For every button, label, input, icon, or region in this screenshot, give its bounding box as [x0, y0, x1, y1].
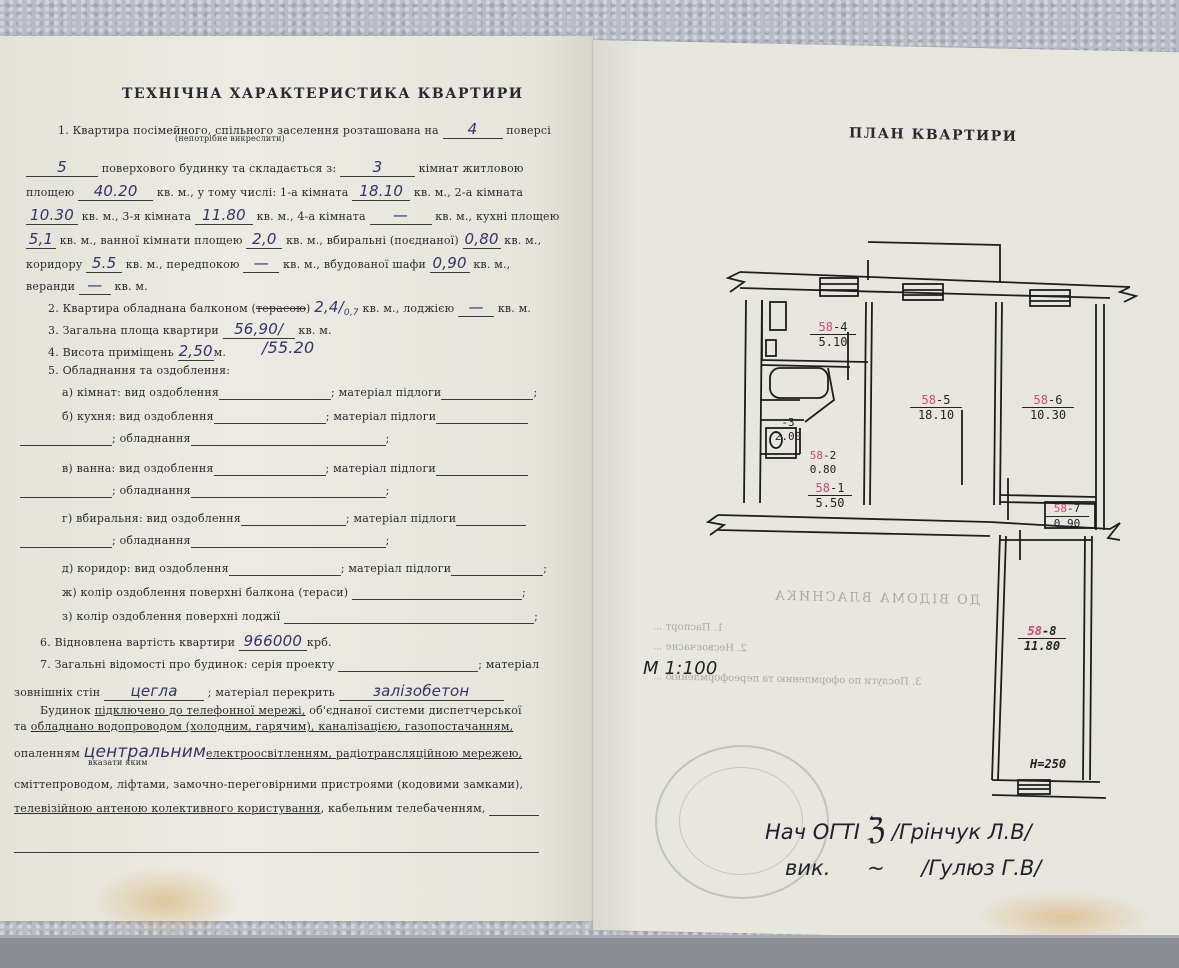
floor-plan: 58-45.10 58-518.10 58-610.30 -32.00 58-2… — [700, 240, 1160, 810]
s5-a: а) кімнат: вид оздоблення ; матеріал під… — [62, 386, 537, 400]
room3-value: 11.80 — [195, 206, 253, 225]
s3-line: 3. Загальна площа квартири 56,90/ кв. м. — [48, 320, 332, 339]
room-58-1: 58-15.50 — [808, 481, 852, 510]
signature-line1: Нач ОГТІ ℨ /Грінчук Л.В/ — [765, 812, 1032, 847]
closet-value: 0,90 — [430, 254, 470, 273]
s1-line1: 1. Квартира посімейного, спільного засел… — [58, 120, 551, 139]
s5-g-equipment: ; обладнання ; — [20, 534, 390, 548]
room-58-5: 58-518.10 — [910, 393, 962, 422]
floor-value: 4 — [443, 120, 503, 139]
s7-line1: 7. Загальні відомості про будинок: серія… — [40, 658, 539, 672]
kitchen-value: 5,1 — [26, 230, 56, 249]
room-58-2: 58-20.80 — [806, 449, 840, 477]
s1-line5: 5,1 кв. м., ванної кімнати площею 2,0 кв… — [26, 230, 541, 249]
room-58-8: 58-811.80 — [1018, 624, 1066, 653]
ceiling-height-label: Н=250 — [1030, 757, 1066, 771]
blank-rule — [14, 852, 539, 853]
heating-note: вказати яким — [88, 758, 148, 767]
room-58-4: 58-45.10 — [810, 320, 856, 349]
height-value: 2,50 — [178, 342, 214, 361]
strike-note: (непотрібне викреслити) — [175, 134, 285, 143]
s7-line2: зовнішніх стін цегла ; матеріал перекрит… — [14, 682, 504, 701]
signature-line2: вик. ~ /Гулюз Г.В/ — [785, 856, 1041, 880]
loggia-value: — — [458, 298, 494, 317]
table-edge — [0, 935, 1179, 968]
s1-line4: 10.30 кв. м., 3-я кімната 11.80 кв. м., … — [26, 206, 560, 225]
s5-v-equipment: ; обладнання ; — [20, 484, 390, 498]
corridor-value: 5.5 — [86, 254, 122, 273]
s1-line2: 5 поверхового будинку та складається з: … — [26, 158, 524, 177]
s7-line4: та обладнано водопроводом (холодним, гар… — [14, 720, 513, 733]
room1-value: 18.10 — [352, 182, 410, 201]
s6-line: 6. Відновлена вартість квартири 966000кр… — [40, 632, 332, 651]
technical-specs-page: ТЕХНІЧНА ХАРАКТЕРИСТИКА КВАРТИРИ 1. Квар… — [0, 36, 593, 921]
s5-g: г) вбиральня: вид оздоблення ; матеріал … — [62, 512, 526, 526]
s7-line6: сміттепроводом, ліфтами, замочно-перегов… — [14, 778, 523, 791]
s5-b-equipment: ; обладнання ; — [20, 432, 390, 446]
s7-line7: телевізійною антеною колективного корист… — [14, 802, 539, 816]
room-58-3: -32.00 — [768, 416, 808, 444]
walls-value: цегла — [104, 682, 204, 701]
room2-value: 10.30 — [26, 206, 78, 225]
s5-z: з) колір оздоблення поверхні лоджії ; — [62, 610, 538, 624]
room-58-6: 58-610.30 — [1022, 393, 1074, 422]
balcony-value: 2,4/ — [314, 298, 344, 316]
bathroom-value: 2,0 — [246, 230, 282, 249]
s5-title: 5. Обладнання та оздоблення: — [48, 364, 230, 377]
s1-line7: веранди — кв. м. — [26, 276, 148, 295]
plan-title: ПЛАН КВАРТИРИ — [849, 125, 1018, 145]
total-area-alt-value: /55.20 — [262, 338, 314, 357]
s7-line3: Будинок підключено до телефонної мережі,… — [40, 704, 522, 717]
balcony-sub-value: 0,7 — [344, 308, 359, 318]
s4-line: 4. Висота приміщень 2,50м. — [48, 342, 226, 361]
s5-zh: ж) колір оздоблення поверхні балкона (те… — [62, 586, 526, 600]
room-58-7: 58-70.90 — [1045, 502, 1089, 531]
living-area-value: 40.20 — [78, 182, 153, 201]
s5-b: б) кухня: вид оздоблення ; матеріал підл… — [62, 410, 528, 424]
page-title: ТЕХНІЧНА ХАРАКТЕРИСТИКА КВАРТИРИ — [122, 86, 524, 102]
room4-value: — — [370, 206, 432, 225]
toilet-value: 0,80 — [463, 230, 501, 249]
total-area-value: 56,90/ — [223, 320, 295, 339]
s2-line: 2. Квартира обладнана балконом (терасою)… — [48, 298, 531, 318]
s5-v: в) ванна: вид оздоблення ; матеріал підл… — [62, 462, 528, 476]
scale-label: М 1:100 — [643, 658, 718, 679]
water-stain — [90, 866, 240, 936]
cost-value: 966000 — [239, 632, 307, 651]
s1-line6: коридору 5.5 кв. м., передпокою — кв. м.… — [26, 254, 510, 273]
s5-d: д) коридор: вид оздоблення ; матеріал пі… — [62, 562, 547, 576]
rooms-count-value: 3 — [340, 158, 415, 177]
ceilings-value: залізобетон — [339, 682, 504, 701]
hallway-value: — — [243, 254, 279, 273]
veranda-value: — — [79, 276, 111, 295]
s1-line3: площею 40.20 кв. м., у тому числі: 1-а к… — [26, 182, 523, 201]
floors-total-value: 5 — [26, 158, 98, 177]
